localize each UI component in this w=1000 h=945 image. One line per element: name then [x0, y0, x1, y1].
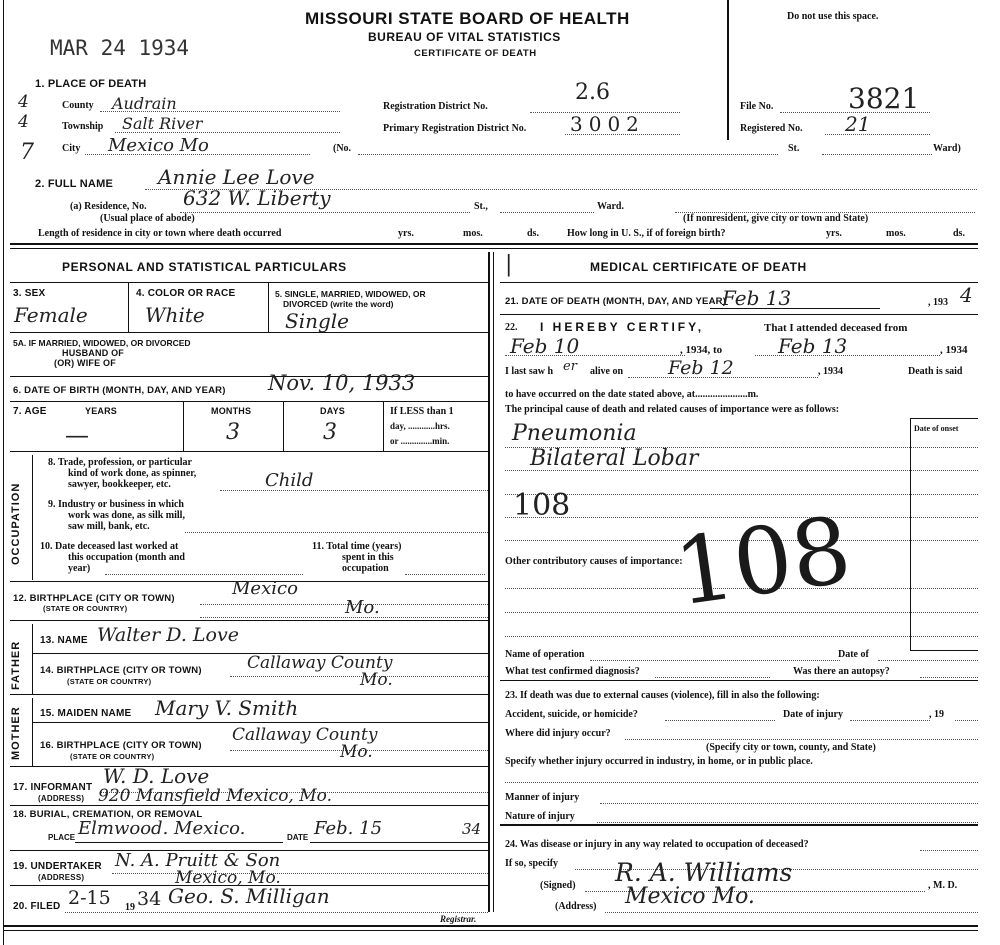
marital-value: Single — [285, 309, 349, 333]
abode-sublabel: (Usual place of abode) — [100, 213, 195, 224]
dob-value: Nov. 10, 1933 — [268, 371, 415, 395]
last-saw-date-value: Feb 12 — [668, 357, 734, 379]
age-years-value: — — [65, 421, 89, 449]
md-label: , M. D. — [928, 880, 957, 891]
physician-address-value: Mexico Mo. — [625, 884, 755, 909]
dod-label: 21. DATE OF DEATH (MONTH, DAY, AND YEAR) — [505, 296, 726, 307]
primary-reg-value: 3002 — [570, 112, 645, 136]
attended-from-value: Feb 10 — [510, 334, 579, 358]
margin-mark-3: 7 — [20, 140, 34, 165]
industry-label-2: work was done, as silk mill, — [68, 510, 185, 521]
operation-label: Name of operation — [505, 649, 584, 660]
external-causes-label: 23. If death was due to external causes … — [505, 690, 820, 701]
injury-date-label: Date of injury — [783, 709, 843, 720]
dod-value: Feb 13 — [722, 286, 791, 310]
age-days-label: DAYS — [320, 406, 345, 416]
form-subtitle: CERTIFICATE OF DEATH — [414, 48, 537, 59]
total-time-label-1: 11. Total time (years) — [312, 541, 401, 552]
nonresident-note: (If nonresident, give city or town and S… — [683, 213, 868, 224]
undertaker-address-sublabel: (ADDRESS) — [38, 873, 84, 882]
last-saw-label: I last saw h — [505, 366, 553, 377]
file-no-label: File No. — [740, 101, 773, 112]
residence-st-label: St., — [474, 201, 488, 212]
birthplace-city-value: Mexico — [232, 578, 298, 599]
margin-mark-1: 4 — [18, 92, 29, 112]
mother-name-value: Mary V. Smith — [155, 696, 298, 720]
form-title: MISSOURI STATE BOARD OF HEALTH — [305, 9, 630, 29]
ward-label: Ward) — [933, 143, 961, 154]
informant-address-sublabel: (ADDRESS) — [38, 794, 84, 803]
less-than-day-label-1: If LESS than 1 — [390, 406, 454, 417]
received-date-stamp: MAR 24 1934 — [50, 36, 189, 60]
alive-on-label: alive on — [590, 366, 623, 377]
informant-address-value: 920 Mansfield Mexico, Mo. — [98, 786, 332, 806]
marital-label-2: DIVORCED (write the word) — [283, 299, 394, 309]
father-birthplace-label: 14. BIRTHPLACE (CITY OR TOWN) — [40, 665, 202, 676]
occurred-text: to have occurred on the date stated abov… — [505, 389, 758, 400]
foreign-ds-label: ds. — [953, 228, 965, 239]
manner-injury-label: Manner of injury — [505, 792, 579, 803]
certify-text: That I attended deceased from — [764, 322, 907, 334]
mother-birthplace-sublabel: (STATE OR COUNTRY) — [70, 752, 154, 761]
death-said-text: Death is said — [908, 366, 962, 377]
spouse-label-2: HUSBAND OF — [62, 348, 124, 358]
county-label: County — [62, 100, 94, 111]
principal-cause-text: The principal cause of death and related… — [505, 404, 839, 415]
occupation-related-label: 24. Was disease or injury in any way rel… — [505, 839, 809, 850]
attended-to-value: Feb 13 — [778, 334, 847, 358]
last-worked-label-3: year) — [68, 563, 90, 574]
race-label: 4. COLOR OR RACE — [136, 288, 235, 299]
trade-label-1: 8. Trade, profession, or particular — [48, 457, 192, 468]
burial-date-value: Feb. 15 — [314, 818, 382, 839]
age-label: 7. AGE — [13, 406, 47, 417]
reg-district-value: 2.6 — [575, 80, 610, 105]
left-border — [3, 0, 4, 945]
registered-no-value: 21 — [845, 112, 870, 136]
sex-label: 3. SEX — [13, 288, 45, 299]
accident-label: Accident, suicide, or homicide? — [505, 709, 638, 720]
trade-value: Child — [265, 470, 313, 491]
last-worked-label-2: this occupation (month and — [68, 552, 185, 563]
burial-date-label: DATE — [287, 833, 308, 842]
father-birthplace-sublabel: (STATE OR COUNTRY) — [67, 677, 151, 686]
where-injury-label: Where did injury occur? — [505, 728, 611, 739]
filed-date-value: 2-15 — [68, 887, 111, 909]
nature-injury-label: Nature of injury — [505, 811, 575, 822]
test-label: What test confirmed diagnosis? — [505, 666, 640, 677]
header-office-divider — [727, 0, 729, 140]
injury-year-label: , 19 — [929, 709, 944, 720]
age-months-value: 3 — [226, 420, 240, 445]
mother-name-label: 15. MAIDEN NAME — [40, 708, 131, 719]
center-divider — [488, 252, 490, 912]
last-worked-label-1: 10. Date deceased last worked at — [40, 541, 178, 552]
occupation-vertical-label: OCCUPATION — [10, 483, 22, 565]
full-name-label: 2. FULL NAME — [35, 178, 113, 190]
total-time-label-2: spent in this — [342, 552, 394, 563]
mother-vertical-label: MOTHER — [10, 706, 22, 760]
cause-primary-value: Pneumonia — [512, 421, 637, 446]
mother-birthplace-label: 16. BIRTHPLACE (CITY OR TOWN) — [40, 740, 202, 751]
registered-no-label: Registered No. — [740, 123, 803, 134]
foreign-yrs-label: yrs. — [826, 228, 842, 239]
specify-injury-label: Specify whether injury occurred in indus… — [505, 756, 813, 767]
dod-year-value: 4 — [960, 283, 973, 307]
township-label: Township — [62, 121, 103, 132]
township-value: Salt River — [122, 114, 202, 133]
length-of-residence-label: Length of residence in city or town wher… — [38, 228, 281, 239]
burial-place-label: PLACE — [48, 833, 75, 842]
primary-reg-label: Primary Registration District No. — [383, 123, 526, 134]
filed-year-value: 34 — [137, 888, 161, 910]
autopsy-label: Was there an autopsy? — [793, 666, 890, 677]
less-than-day-label-2: day, ............hrs. — [390, 421, 450, 431]
spouse-label-1: 5A. IF MARRIED, WIDOWED, OR DIVORCED — [13, 338, 191, 348]
industry-label-1: 9. Industry or business in which — [48, 499, 184, 510]
spouse-label-3: (OR) WIFE OF — [54, 358, 116, 368]
dob-label: 6. DATE OF BIRTH (MONTH, DAY, AND YEAR) — [13, 385, 226, 396]
signed-label: (Signed) — [540, 880, 576, 891]
cause-code-large-value: 108 — [668, 496, 857, 626]
last-saw-year: , 1934 — [818, 366, 843, 377]
street-no-label: (No. — [333, 143, 351, 154]
form-bureau: BUREAU OF VITAL STATISTICS — [368, 30, 561, 44]
registrar-signature: Geo. S. Milligan — [168, 884, 330, 908]
residence-ward-label: Ward. — [597, 201, 624, 212]
city-value: Mexico Mo — [108, 135, 209, 156]
father-vertical-label: FATHER — [10, 641, 22, 690]
registrar-label: Registrar. — [440, 914, 476, 924]
footer-separator — [3, 925, 978, 927]
certify-heading: I HEREBY CERTIFY, — [540, 320, 704, 334]
burial-place-value: Elmwood. Mexico. — [78, 818, 245, 839]
personal-section-title: PERSONAL AND STATISTICAL PARTICULARS — [62, 260, 347, 274]
length-mos-label: mos. — [463, 228, 483, 239]
father-birthplace-state: Mo. — [360, 670, 393, 690]
physician-address-label: (Address) — [555, 901, 596, 912]
undertaker-label: 19. UNDERTAKER — [13, 861, 102, 872]
last-saw-pronoun: er — [563, 359, 577, 374]
birthplace-state-value: Mo. — [345, 597, 380, 618]
less-than-day-label-3: or ..............min. — [390, 436, 449, 446]
filed-year-prefix: 19 — [125, 902, 135, 913]
race-value: White — [145, 303, 205, 327]
length-yrs-label: yrs. — [398, 228, 414, 239]
file-no-value: 3821 — [848, 82, 919, 115]
onset-column-divider — [910, 418, 911, 650]
cause-code-value: 108 — [513, 488, 570, 523]
operation-date-label: Date of — [838, 649, 869, 660]
certify-number: 22. — [505, 322, 518, 333]
length-ds-label: ds. — [527, 228, 539, 239]
street-st-label: St. — [788, 143, 799, 154]
birthplace-label: 12. BIRTHPLACE (CITY OR TOWN) — [13, 593, 175, 604]
foreign-birth-label: How long in U. S., if of foreign birth? — [567, 228, 725, 239]
sex-value: Female — [14, 303, 88, 327]
attended-from-year: , 1934, to — [680, 344, 722, 356]
total-time-label-3: occupation — [342, 563, 389, 574]
residence-value: 632 W. Liberty — [183, 186, 331, 210]
age-years-label: YEARS — [85, 406, 117, 416]
place-of-death-heading: 1. PLACE OF DEATH — [35, 78, 146, 90]
mother-birthplace-state: Mo. — [340, 742, 373, 762]
marital-label-1: 5. SINGLE, MARRIED, WIDOWED, OR — [275, 289, 426, 299]
where-injury-sublabel: (Specify city or town, county, and State… — [706, 742, 876, 753]
if-so-specify-label: If so, specify — [505, 858, 558, 869]
city-label: City — [62, 143, 80, 154]
attended-to-year: , 1934 — [940, 344, 968, 356]
do-not-use-note: Do not use this space. — [787, 11, 878, 22]
informant-label: 17. INFORMANT — [13, 782, 92, 793]
residence-label: (a) Residence, No. — [70, 201, 147, 212]
age-months-label: MONTHS — [211, 406, 251, 416]
reg-district-label: Registration District No. — [383, 101, 488, 112]
cause-secondary-value: Bilateral Lobar — [530, 446, 698, 471]
industry-label-3: saw mill, bank, etc. — [68, 521, 150, 532]
header-separator — [10, 243, 978, 245]
trade-label-3: sawyer, bookkeeper, etc. — [68, 479, 171, 490]
margin-mark-2: 4 — [18, 112, 29, 132]
margin-tick: | — [505, 252, 512, 277]
age-days-value: 3 — [323, 420, 337, 445]
county-value: Audrain — [112, 94, 177, 113]
date-of-onset-label: Date of onset — [914, 424, 958, 433]
trade-label-2: kind of work done, as spinner, — [68, 468, 196, 479]
father-name-value: Walter D. Love — [97, 624, 239, 646]
physician-signature: R. A. Williams — [615, 858, 792, 887]
filed-label: 20. FILED — [13, 901, 60, 912]
other-causes-label: Other contributory causes of importance: — [505, 556, 683, 567]
medical-section-title: MEDICAL CERTIFICATE OF DEATH — [590, 260, 807, 274]
birthplace-sublabel: (STATE OR COUNTRY) — [43, 604, 127, 613]
burial-year-value: 34 — [462, 820, 481, 838]
father-name-label: 13. NAME — [40, 635, 88, 646]
dod-year-prefix: , 193 — [928, 297, 948, 308]
foreign-mos-label: mos. — [886, 228, 906, 239]
informant-value: W. D. Love — [103, 764, 209, 788]
